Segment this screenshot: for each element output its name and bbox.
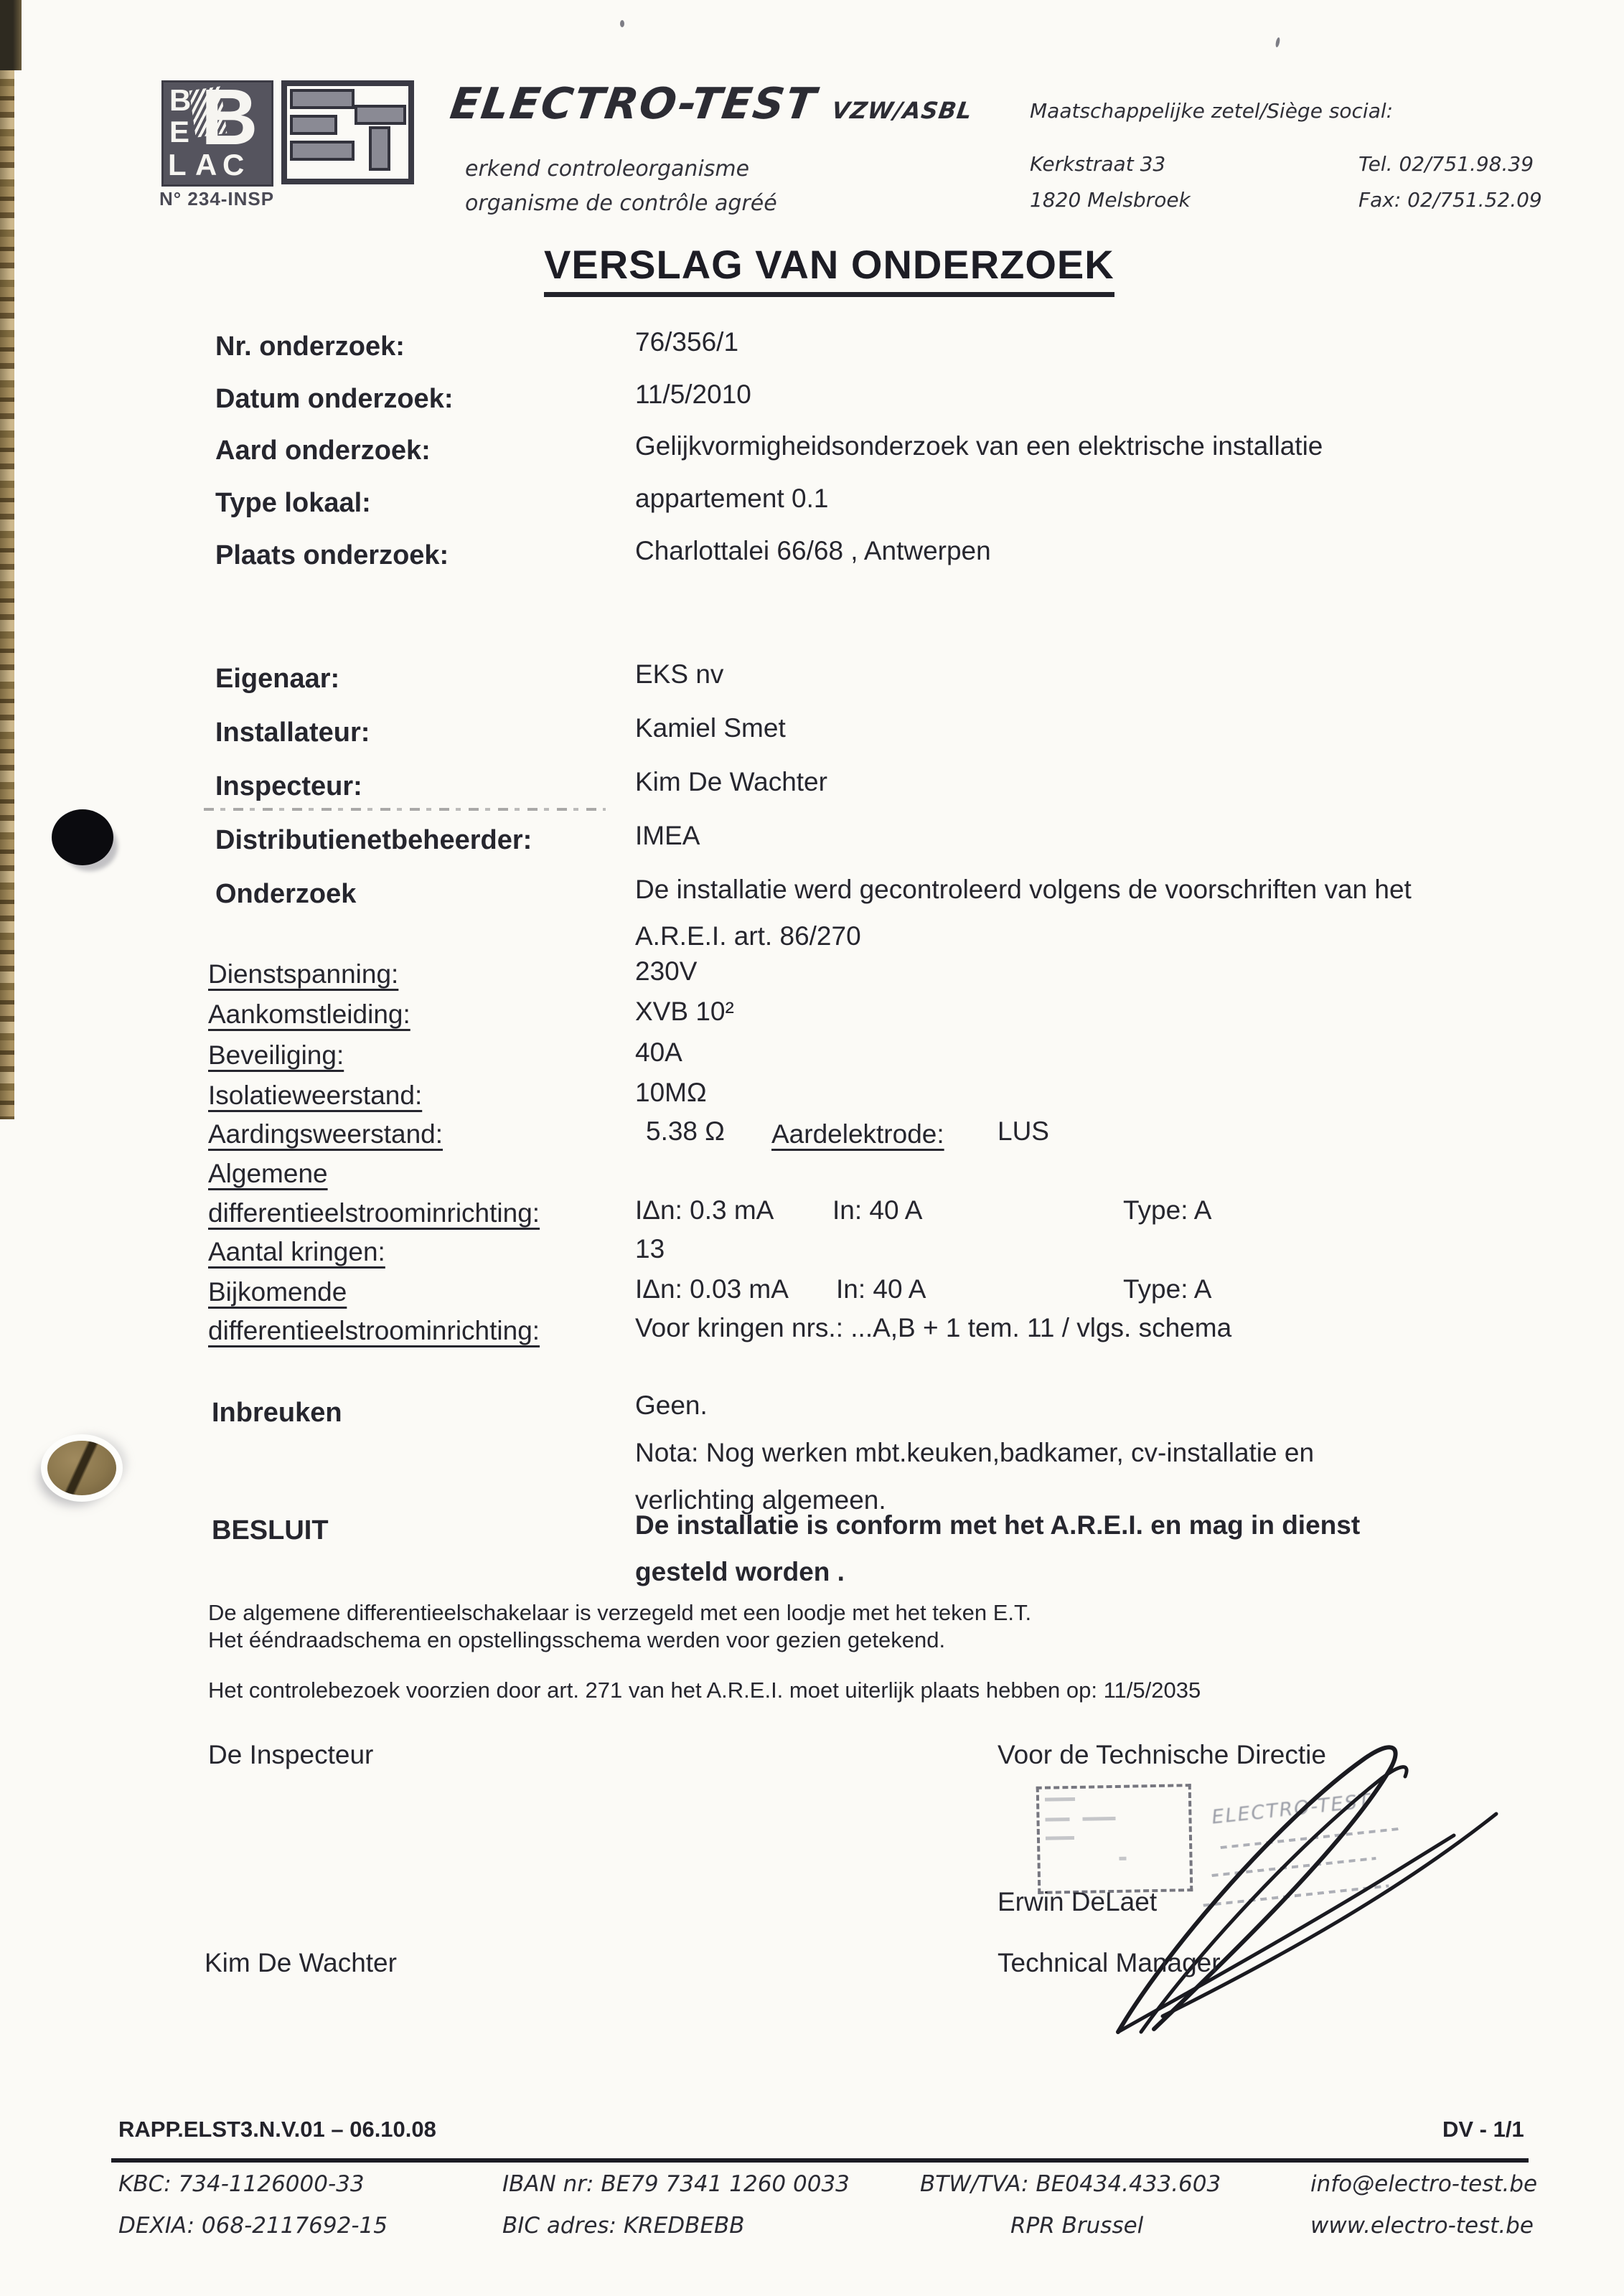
signature-right-role: Technical Manager: [998, 1948, 1221, 1978]
field-value-algemene-type: Type: A: [1123, 1195, 1211, 1225]
field-value-aardelektrode: LUS: [998, 1116, 1049, 1147]
field-label-aankomstleiding: Aankomstleiding:: [208, 999, 410, 1030]
seat-label: Maatschappelijke zetel/Siège social:: [1030, 99, 1393, 123]
footer-email: info@electro-test.be: [1310, 2171, 1537, 2197]
belac-letter: E: [169, 117, 189, 147]
field-label-inbreuken: Inbreuken: [212, 1398, 342, 1429]
field-label-eigenaar: Eigenaar:: [215, 664, 339, 695]
field-label-dienstspanning: Dienstspanning:: [208, 959, 398, 989]
field-label-isolatieweerstand: Isolatieweerstand:: [208, 1081, 422, 1111]
company-subtitle-nl: erkend controleorganisme: [465, 156, 749, 182]
scan-speck: [1275, 37, 1281, 48]
footer-vat: BTW/TVA: BE0434.433.603: [920, 2171, 1221, 2197]
field-value-onderzoek-line1: De installatie werd gecontroleerd volgen…: [635, 875, 1412, 905]
field-value-plaats-onderzoek: Charlottalei 66/68 , Antwerpen: [635, 536, 991, 566]
page-reference: DV - 1/1: [1442, 2117, 1524, 2142]
field-value-dienstspanning: 230V: [635, 956, 697, 987]
field-label-beveiliging: Beveiliging:: [208, 1040, 344, 1071]
field-label-onderzoek: Onderzoek: [215, 879, 356, 910]
field-value-algemene-in: In: 40 A: [832, 1195, 923, 1225]
signature-left-title: De Inspecteur: [208, 1740, 373, 1770]
scan-edge-strip: [0, 0, 14, 1119]
note-next-inspection: Het controlebezoek voorzien door art. 27…: [208, 1678, 1201, 1703]
field-label-aardingsweerstand: Aardingsweerstand:: [208, 1119, 443, 1149]
company-name-text: ELECTRO-TEST: [447, 79, 820, 129]
field-value-distributienetbeheerder: IMEA: [635, 821, 700, 851]
field-label-distributienetbeheerder: Distributienetbeheerder:: [215, 825, 532, 856]
scan-speck: [620, 20, 624, 27]
field-label-type-lokaal: Type lokaal:: [215, 488, 371, 519]
field-label-aardelektrode: Aardelektrode:: [771, 1119, 944, 1149]
field-value-inbreuken-line2: Nota: Nog werken mbt.keuken,badkamer, cv…: [635, 1438, 1314, 1468]
phone-number: Tel. 02/751.98.39: [1358, 152, 1534, 176]
field-value-besluit-line2: gesteld worden .: [635, 1557, 845, 1587]
punch-hole-top: [52, 809, 113, 865]
footer-website: www.electro-test.be: [1310, 2213, 1534, 2239]
field-value-onderzoek-line2: A.R.E.I. art. 86/270: [635, 921, 861, 951]
fax-number: Fax: 02/751.52.09: [1358, 188, 1542, 212]
field-label-algemene-diff: differentieelstroominrichting:: [208, 1198, 540, 1228]
footer-iban: IBAN nr: BE79 7341 1260 0033: [502, 2171, 850, 2197]
document-reference: RAPP.ELST3.N.V.01 – 06.10.08: [118, 2117, 436, 2142]
field-value-beveiliging: 40A: [635, 1038, 682, 1068]
footer-divider: [111, 2158, 1529, 2163]
field-value-bijkomende-type: Type: A: [1123, 1274, 1211, 1304]
field-value-eigenaar: EKS nv: [635, 659, 723, 690]
footer-bank-kbc: KBC: 734-1126000-33: [118, 2171, 365, 2197]
belac-big-b: B: [201, 78, 253, 157]
belac-logo: B E L A C B: [161, 80, 273, 187]
handwritten-signature: [926, 1708, 1514, 2048]
field-label-inspecteur: Inspecteur:: [215, 771, 362, 802]
electro-test-logo-icon: [281, 80, 414, 188]
field-value-bijkomende-kringen: Voor kringen nrs.: ...A,B + 1 tem. 11 / …: [635, 1313, 1231, 1343]
page-title: VERSLAG VAN ONDERZOEK: [544, 241, 1114, 297]
field-label-besluit: BESLUIT: [212, 1515, 329, 1546]
field-value-nr-onderzoek: 76/356/1: [635, 327, 738, 357]
field-label-aard-onderzoek: Aard onderzoek:: [215, 436, 431, 466]
company-name: ELECTRO-TEST VZW/ASBL: [447, 79, 977, 129]
field-label-algemene: Algemene: [208, 1159, 328, 1189]
scanned-inspection-report: B E L A C B N° 234-INSP ELECTRO-TEST VZW…: [0, 0, 1624, 2296]
field-value-algemene-idn: IΔn: 0.3 mA: [635, 1195, 774, 1225]
belac-letter: B: [169, 85, 191, 116]
field-label-installateur: Installateur:: [215, 717, 370, 748]
field-value-datum-onderzoek: 11/5/2010: [635, 380, 751, 410]
field-label-bijkomende-diff: differentieelstroominrichting:: [208, 1316, 540, 1346]
field-label-plaats-onderzoek: Plaats onderzoek:: [215, 540, 449, 571]
address-street: Kerkstraat 33: [1030, 152, 1165, 176]
footer-rpr: RPR Brussel: [1010, 2213, 1143, 2239]
field-label-bijkomende: Bijkomende: [208, 1277, 347, 1307]
field-value-inbreuken-line1: Geen.: [635, 1391, 708, 1421]
belac-accreditation-number: N° 234-INSP: [159, 188, 274, 210]
field-value-bijkomende-idn: IΔn: 0.03 mA: [635, 1274, 789, 1304]
field-value-installateur: Kamiel Smet: [635, 713, 786, 743]
field-value-besluit-line1: De installatie is conform met het A.R.E.…: [635, 1510, 1360, 1540]
punch-hole-bottom: [47, 1441, 116, 1495]
note-schema: Het ééndraadschema en opstellingsschema …: [208, 1627, 945, 1653]
belac-letter: L: [168, 150, 187, 180]
company-legal-form: VZW/ASBL: [830, 97, 975, 124]
field-label-nr-onderzoek: Nr. onderzoek:: [215, 331, 405, 362]
field-value-aardingsweerstand: 5.38 Ω: [646, 1116, 725, 1147]
note-seal: De algemene differentieelschakelaar is v…: [208, 1600, 1031, 1626]
pencil-scribble-line: [204, 808, 606, 811]
field-value-aankomstleiding: XVB 10²: [635, 997, 734, 1027]
field-value-aantal-kringen: 13: [635, 1234, 665, 1264]
field-value-aard-onderzoek: Gelijkvormigheidsonderzoek van een elekt…: [635, 431, 1323, 461]
signature-left-name: Kim De Wachter: [205, 1948, 397, 1978]
field-label-datum-onderzoek: Datum onderzoek:: [215, 384, 453, 415]
signature-right-name: Erwin DeLaet: [998, 1887, 1157, 1917]
scan-edge-corner: [0, 0, 22, 70]
field-value-inspecteur: Kim De Wachter: [635, 767, 827, 797]
field-value-bijkomende-in: In: 40 A: [836, 1274, 926, 1304]
field-value-isolatieweerstand: 10MΩ: [635, 1078, 707, 1108]
footer-bank-dexia: DEXIA: 068-2117692-15: [118, 2213, 388, 2239]
field-value-type-lokaal: appartement 0.1: [635, 484, 828, 514]
address-city: 1820 Melsbroek: [1030, 188, 1191, 212]
company-subtitle-fr: organisme de contrôle agréé: [465, 191, 777, 216]
footer-bic: BIC adres: KREDBEBB: [502, 2213, 745, 2239]
field-label-aantal-kringen: Aantal kringen:: [208, 1237, 385, 1267]
